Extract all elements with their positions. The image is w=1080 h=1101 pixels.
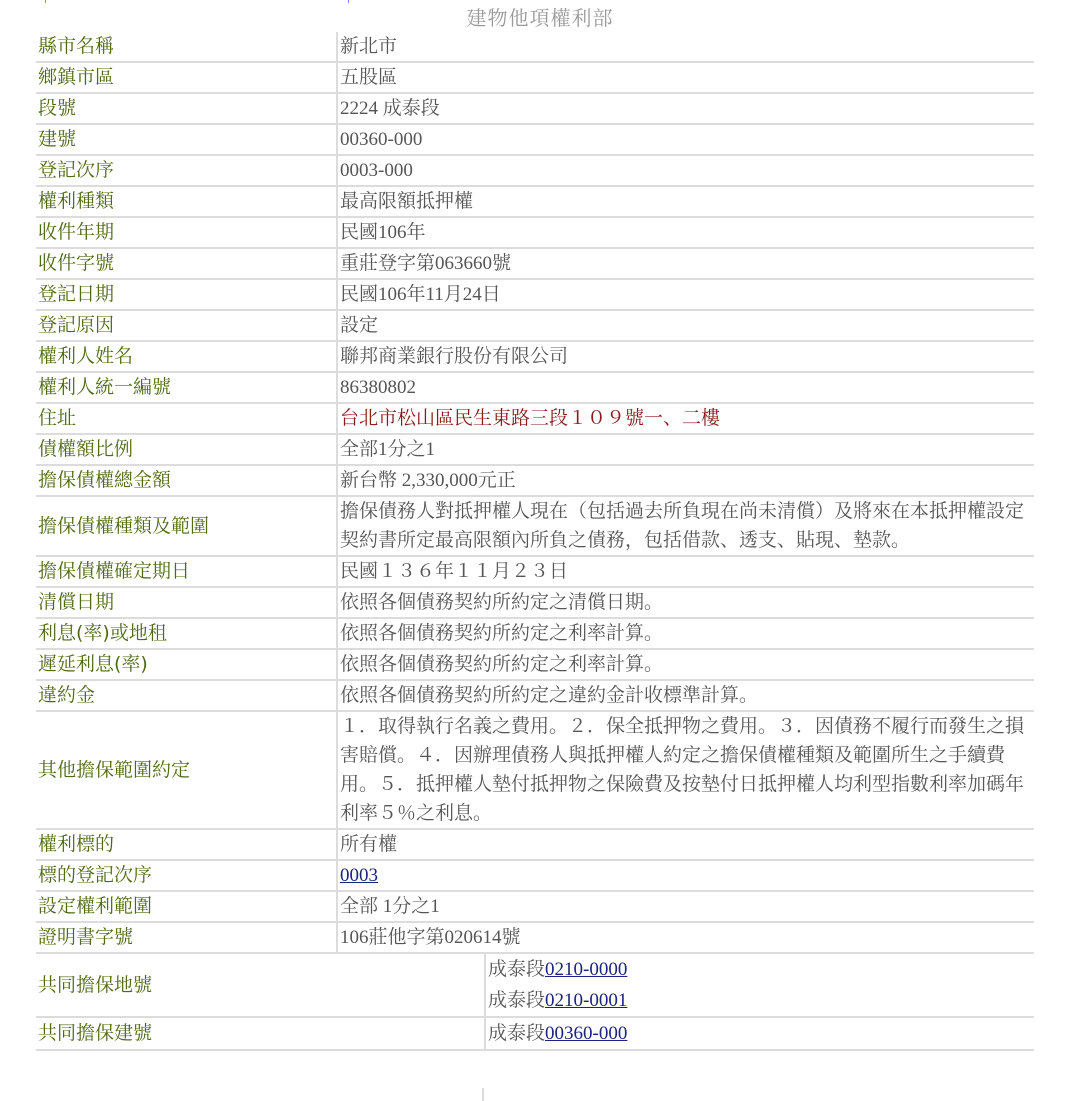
field-label: 利息(率)或地租 [36, 618, 337, 649]
field-label: 登記原因 [36, 310, 337, 341]
field-value: 依照各個債務契約所約定之利率計算。 [337, 618, 1034, 649]
field-value: 最高限額抵押權 [337, 186, 1034, 217]
field-value: 聯邦商業銀行股份有限公司 [337, 341, 1034, 372]
field-label: 收件字號 [36, 248, 337, 279]
row-secured-claim-scope: 擔保債權種類及範圍 擔保債務人對抵押權人現在（包括過去所負現在尚未清償）及將來在… [36, 496, 1034, 556]
row-receipt-year: 收件年期 民國106年 [36, 217, 1034, 248]
row-penalty: 違約金 依照各個債務契約所約定之違約金計收標準計算。 [36, 680, 1034, 711]
field-value: 86380802 [337, 372, 1034, 403]
joint-building-values: 成泰段00360-000 [337, 1017, 1034, 1050]
field-value: 依照各個債務契約所約定之違約金計收標準計算。 [337, 680, 1034, 711]
field-label: 債權額比例 [36, 434, 337, 465]
field-label: 違約金 [36, 680, 337, 711]
field-label: 遲延利息(率) [36, 649, 337, 680]
field-value: 民國106年 [337, 217, 1034, 248]
row-joint-land: 共同擔保地號 成泰段0210-0000 成泰段0210-0001 [36, 953, 1034, 1017]
field-value: 依照各個債務契約所約定之利率計算。 [337, 649, 1034, 680]
joint-building-item: 成泰段00360-000 [488, 1018, 627, 1049]
field-value: 全部1分之1 [337, 434, 1034, 465]
row-certificate-number: 證明書字號 106莊他字第020614號 [36, 922, 1034, 953]
row-claim-determination-date: 擔保債權確定期日 民國１３６年１１月２３日 [36, 556, 1034, 587]
field-label: 住址 [36, 403, 337, 434]
field-label: 標的登記次序 [36, 860, 337, 891]
row-registration-reason: 登記原因 設定 [36, 310, 1034, 341]
field-label: 權利種類 [36, 186, 337, 217]
field-label: 權利人統一編號 [36, 372, 337, 403]
row-interest-rate: 利息(率)或地租 依照各個債務契約所約定之利率計算。 [36, 618, 1034, 649]
field-label: 登記次序 [36, 155, 337, 186]
field-label: 證明書字號 [36, 922, 337, 953]
field-value: 0003-000 [337, 155, 1034, 186]
field-label: 縣市名稱 [36, 32, 337, 62]
field-value: 新台幣 2,330,000元正 [337, 465, 1034, 496]
row-right-object: 權利標的 所有權 [36, 829, 1034, 860]
field-value: 設定 [337, 310, 1034, 341]
field-value: 新北市 [337, 32, 1034, 62]
field-label: 擔保債權種類及範圍 [36, 496, 337, 556]
field-value: １．取得執行名義之費用。２．保全抵押物之費用。３．因債務不履行而發生之損害賠償。… [337, 711, 1034, 829]
column-divider-tail [482, 1088, 484, 1101]
address-value: 台北市松山區民生東路三段１０９號一、二樓 [337, 403, 1034, 434]
row-secured-total-amount: 擔保債權總金額 新台幣 2,330,000元正 [36, 465, 1034, 496]
row-building-number: 建號 00360-000 [36, 124, 1034, 155]
field-value: 00360-000 [337, 124, 1034, 155]
field-label: 建號 [36, 124, 337, 155]
field-label: 擔保債權確定期日 [36, 556, 337, 587]
field-label: 權利標的 [36, 829, 337, 860]
row-right-type: 權利種類 最高限額抵押權 [36, 186, 1034, 217]
field-value: 民國１３６年１１月２３日 [337, 556, 1034, 587]
field-label: 收件年期 [36, 217, 337, 248]
field-label: 段號 [36, 93, 337, 124]
field-label: 共同擔保建號 [36, 1017, 337, 1050]
joint-land-item: 成泰段0210-0000 [488, 954, 627, 985]
field-value: 所有權 [337, 829, 1034, 860]
section-name: 成泰段 [488, 1022, 545, 1044]
land-number-link[interactable]: 0210-0000 [545, 959, 627, 980]
field-value: 民國106年11月24日 [337, 279, 1034, 310]
joint-land-values: 成泰段0210-0000 成泰段0210-0001 [337, 953, 1034, 1017]
field-label: 設定權利範圍 [36, 891, 337, 922]
field-label: 鄉鎮市區 [36, 62, 337, 93]
field-label: 權利人姓名 [36, 341, 337, 372]
field-value: 依照各個債務契約所約定之清償日期。 [337, 587, 1034, 618]
row-registration-date: 登記日期 民國106年11月24日 [36, 279, 1034, 310]
page-title: 建物他項權利部 [0, 4, 1080, 32]
object-order-link[interactable]: 0003 [340, 865, 378, 886]
row-claim-ratio: 債權額比例 全部1分之1 [36, 434, 1034, 465]
building-other-rights-table: 縣市名稱 新北市 鄉鎮市區 五股區 段號 2224 成泰段 建號 00360-0… [36, 32, 1034, 1051]
row-section: 段號 2224 成泰段 [36, 93, 1034, 124]
joint-land-item: 成泰段0210-0001 [488, 985, 627, 1016]
row-repayment-date: 清償日期 依照各個債務契約所約定之清償日期。 [36, 587, 1034, 618]
field-value: 0003 [337, 860, 1034, 891]
building-number-link[interactable]: 00360-000 [545, 1023, 627, 1044]
land-number-link[interactable]: 0210-0001 [545, 990, 627, 1011]
row-rightholder-name: 權利人姓名 聯邦商業銀行股份有限公司 [36, 341, 1034, 372]
row-joint-building: 共同擔保建號 成泰段00360-000 [36, 1017, 1034, 1050]
field-label: 共同擔保地號 [36, 953, 337, 1017]
row-registration-order: 登記次序 0003-000 [36, 155, 1034, 186]
row-county: 縣市名稱 新北市 [36, 32, 1034, 62]
field-label: 登記日期 [36, 279, 337, 310]
field-value: 全部 1分之1 [337, 891, 1034, 922]
row-object-registration-order: 標的登記次序 0003 [36, 860, 1034, 891]
row-delay-interest: 遲延利息(率) 依照各個債務契約所約定之利率計算。 [36, 649, 1034, 680]
row-rightholder-id: 權利人統一編號 86380802 [36, 372, 1034, 403]
row-setting-scope: 設定權利範圍 全部 1分之1 [36, 891, 1034, 922]
field-label: 擔保債權總金額 [36, 465, 337, 496]
field-value: 重莊登字第063660號 [337, 248, 1034, 279]
row-district: 鄉鎮市區 五股區 [36, 62, 1034, 93]
field-value: 五股區 [337, 62, 1034, 93]
section-name: 成泰段 [488, 958, 545, 980]
field-label: 其他擔保範圍約定 [36, 711, 337, 829]
row-receipt-number: 收件字號 重莊登字第063660號 [36, 248, 1034, 279]
field-label: 清償日期 [36, 587, 337, 618]
section-name: 成泰段 [488, 989, 545, 1011]
field-value: 106莊他字第020614號 [337, 922, 1034, 953]
row-address: 住址 台北市松山區民生東路三段１０９號一、二樓 [36, 403, 1034, 434]
row-other-scope: 其他擔保範圍約定 １．取得執行名義之費用。２．保全抵押物之費用。３．因債務不履行… [36, 711, 1034, 829]
field-value: 2224 成泰段 [337, 93, 1034, 124]
field-value: 擔保債務人對抵押權人現在（包括過去所負現在尚未清償）及將來在本抵押權設定契約書所… [337, 496, 1034, 556]
